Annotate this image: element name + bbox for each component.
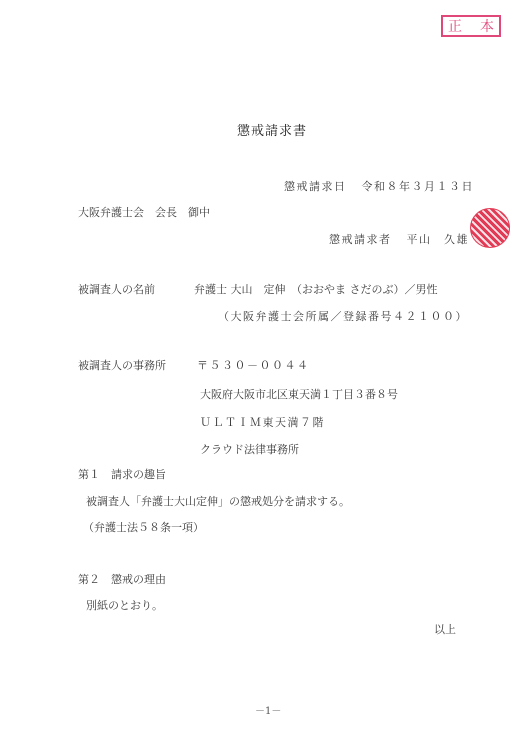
office-building: ＵＬＴＩＭ東天満７階 (200, 414, 325, 430)
section2-body: 別紙のとおり。 (86, 597, 163, 613)
office-postal-code: 〒５３０－００４４ (197, 357, 310, 373)
original-copy-stamp: 正 本 (441, 15, 501, 37)
requester-line: 懲戒請求者 平山 久雄 (329, 231, 469, 247)
requester-label: 懲戒請求者 (329, 233, 392, 246)
section1-heading: 第１ 請求の趣旨 (78, 466, 166, 482)
respondent-name-label: 被調査人の名前 (78, 281, 155, 297)
respondent-affiliation: （大阪弁護士会所属／登録番号４２１００） (218, 308, 468, 324)
page-number: －1－ (255, 702, 281, 717)
stamp-char-left: 正 (448, 16, 462, 36)
section2-heading: 第２ 懲戒の理由 (78, 571, 166, 587)
respondent-office-label: 被調査人の事務所 (78, 357, 166, 373)
office-firm-name: クラウド法律事務所 (200, 441, 299, 457)
personal-seal-icon (470, 208, 510, 248)
office-address: 大阪府大阪市北区東天満１丁目３番８号 (200, 386, 398, 402)
request-date-line: 懲戒請求日 令和８年３月１３日 (284, 178, 474, 194)
respondent-name-value: 弁護士 大山 定伸 （おおやま さだのぶ）／男性 (194, 281, 438, 297)
request-date-label: 懲戒請求日 (284, 180, 347, 193)
stamp-char-right: 本 (480, 16, 494, 36)
request-date-value: 令和８年３月１３日 (362, 180, 475, 193)
requester-name: 平山 久雄 (407, 233, 470, 246)
section1-note: （弁護士法５８条一項） (83, 519, 204, 535)
closing-mark: 以上 (434, 621, 456, 637)
section1-body: 被調査人「弁護士大山定伸」の懲戒処分を請求する。 (86, 493, 350, 509)
document-title: 懲戒請求書 (237, 120, 307, 139)
addressee: 大阪弁護士会 会長 御中 (78, 204, 210, 220)
